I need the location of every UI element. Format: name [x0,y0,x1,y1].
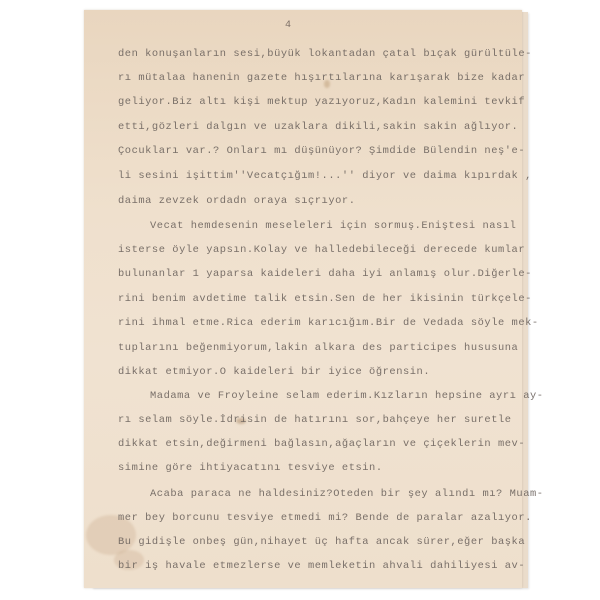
text-line: Madama ve Froyleine selam ederim.Kızları… [150,390,544,402]
text-line: Çocukları var.? Onları mı düşünüyor? Şim… [118,145,525,157]
text-line: bir iş havale etmezlerse ve memleketin a… [118,560,525,572]
text-line: tuplarını beğenmiyorum,lakin alkara des … [118,342,518,354]
text-line: rı selam söyle.İdrisin de hatırını sor,b… [118,414,512,426]
text-line: bulunanlar 1 yaparsa kaideleri daha iyi … [118,268,532,280]
text-line: mer bey borcunu tesviye etmedi mi? Bende… [118,512,532,524]
text-line: rini benim avdetime talik etsin.Sen de h… [118,293,532,305]
text-line: Acaba paraca ne haldesiniz?Oteden bir şe… [150,488,544,500]
text-line: Bu gidişle onbeş gün,nihayet üç hafta an… [118,536,525,548]
text-line: rı mütalaa hanenin gazete hışırtılarına … [118,72,525,84]
text-line: simine göre ihtiyacatını tesviye etsin. [118,462,383,474]
text-line: den konuşanların sesi,büyük lokantadan ç… [118,48,532,60]
page-number: 4 [285,20,291,31]
text-line: Vecat hemdesenin meseleleri için sormuş.… [150,220,516,232]
text-line: isterse öyle yapsın.Kolay ve halledebile… [118,244,525,256]
text-line: daima zevzek ordadn oraya sıçrıyor. [118,195,356,207]
text-line: dikkat etsin,değirmeni bağlasın,ağaçları… [118,438,525,450]
text-line: geliyor.Biz altı kişi mektup yazıyoruz,K… [118,96,525,108]
text-line: etti,gözleri dalgın ve uzaklara dikili,s… [118,121,518,133]
text-line: dikkat etmiyor.O kaideleri bir iyice öğr… [118,366,430,378]
text-line: li sesini işittim''Vecatçığım!...'' diyo… [118,170,532,182]
text-line: rini ihmal etme.Rica ederim karıcığım.Bi… [118,317,539,329]
